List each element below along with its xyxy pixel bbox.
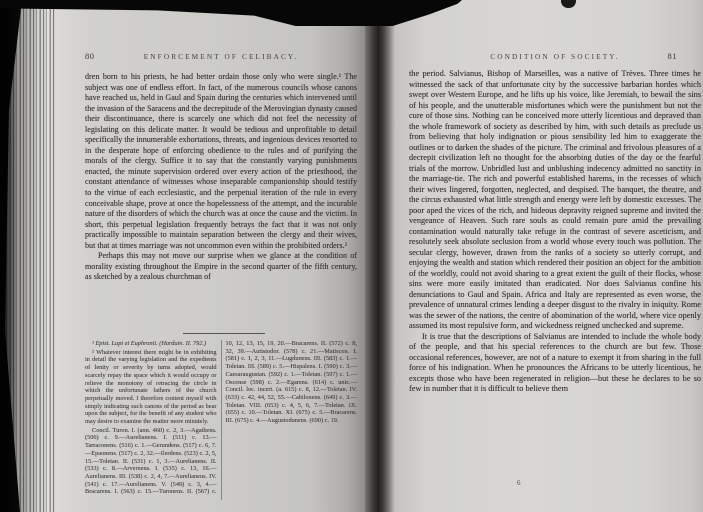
footnote: ¹ Epist. Lupi et Euphronii. (Harduin. II… [85, 340, 217, 348]
right-page-number: 81 [668, 51, 678, 61]
footnote-separator-rule [183, 333, 265, 334]
page-edge-stack [0, 0, 60, 512]
left-header-title: ENFORCEMENT OF CELIBACY. [85, 52, 357, 61]
body-paragraph: Perhaps this may not move our surprise w… [85, 251, 357, 283]
book-gutter-shadow [365, 0, 395, 512]
left-running-header: 80 ENFORCEMENT OF CELIBACY. [85, 52, 357, 64]
printer-signature-mark: 6 [517, 479, 521, 487]
right-page: CONDITION OF SOCIETY. 81 the period. Sal… [395, 0, 703, 512]
footnotes-block: ¹ Epist. Lupi et Euphronii. (Harduin. II… [85, 340, 357, 500]
right-header-title: CONDITION OF SOCIETY. [409, 52, 701, 61]
right-running-header: CONDITION OF SOCIETY. 81 [409, 52, 701, 64]
book-scan: 80 ENFORCEMENT OF CELIBACY. dren born to… [0, 0, 703, 512]
left-page: 80 ENFORCEMENT OF CELIBACY. dren born to… [55, 2, 365, 512]
body-paragraph: It is true that the descriptions of Salv… [409, 332, 701, 395]
body-paragraph: dren born to his priests, he had better … [85, 72, 357, 251]
left-page-number: 80 [85, 51, 95, 61]
right-page-body: the period. Salvianus, Bishop of Marseil… [409, 69, 701, 480]
footnote: ² Whatever interest there might be in ex… [85, 349, 217, 426]
body-paragraph: the period. Salvianus, Bishop of Marseil… [409, 69, 701, 332]
left-page-body: dren born to his priests, he had better … [85, 72, 357, 331]
